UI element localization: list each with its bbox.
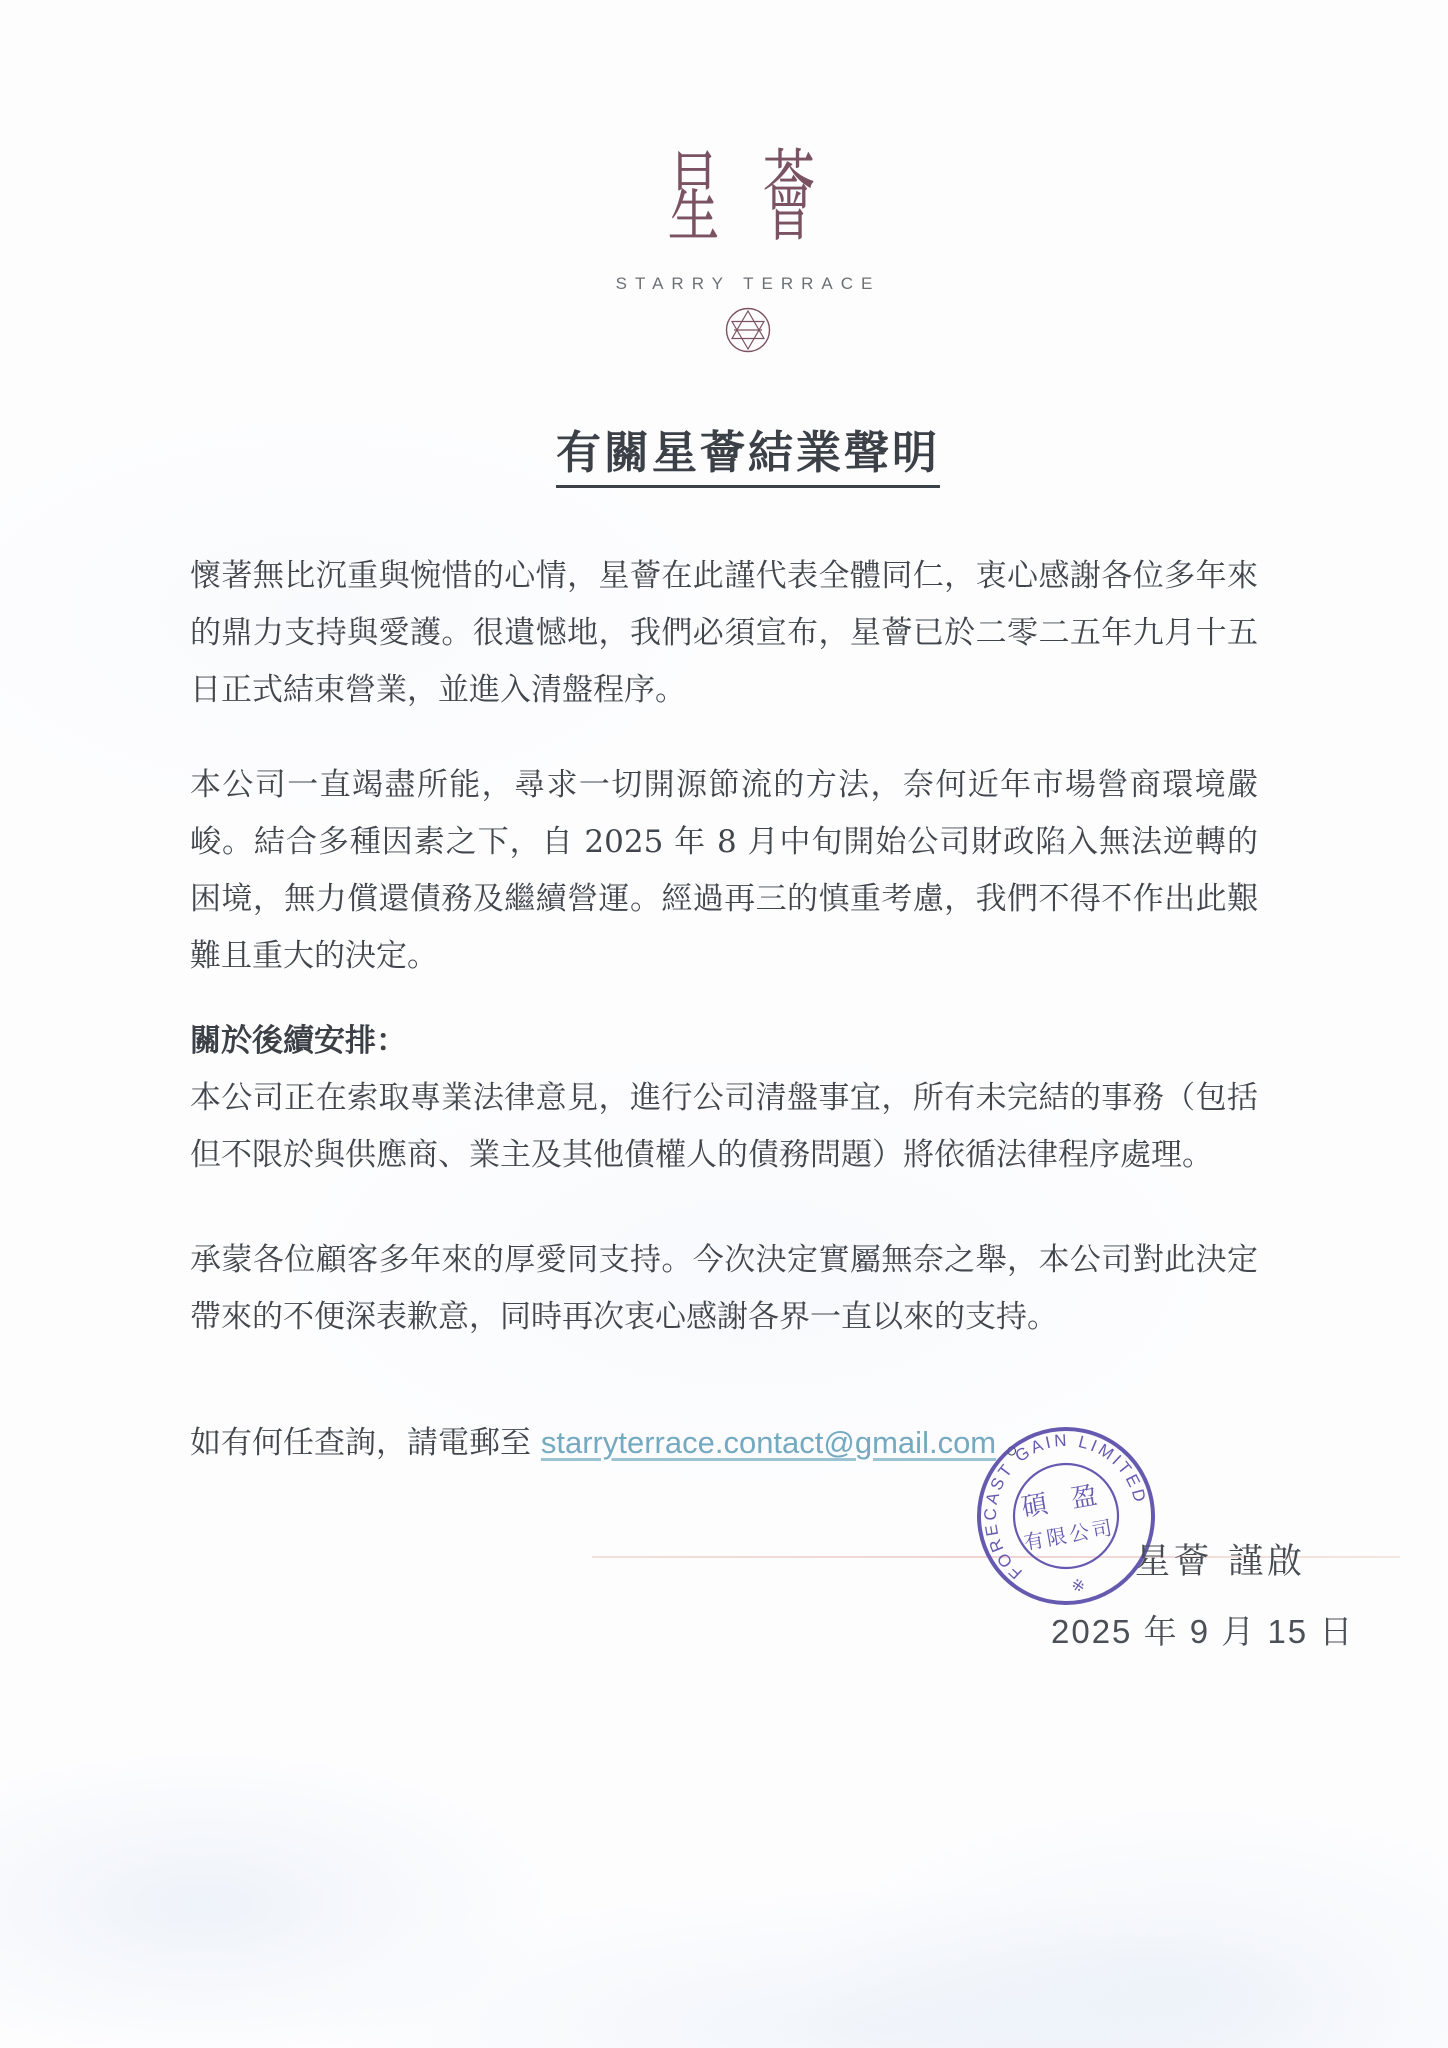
logo-wordmark: STARRY TERRACE [24,274,1448,294]
signoff-text: 星薈 謹啟 [1135,1534,1306,1584]
paragraph-reasons: 本公司一直竭盡所能，尋求一切開源節流的方法，奈何近年市場營商環境嚴峻。結合多種因… [190,757,1258,985]
letter-page: 星 薈 STARRY TERRACE 有關星薈結業聲明 懷著無比沉重與惋惜的心情… [0,0,1448,2048]
title-container: 有關星薈結業聲明 [24,416,1448,488]
letter-date: 2025 年 9 月 15 日 [1051,1606,1354,1653]
page-title: 有關星薈結業聲明 [556,416,940,488]
stamp-ring-symbol: ※ [1070,1575,1087,1596]
hexagram-star-ornament-icon [24,306,1448,358]
company-stamp: FORECAST GAIN LIMITED ※ 碩 盈 有限公司 [950,1400,1182,1632]
paragraph-legal: 本公司正在索取專業法律意見，進行公司清盤事宜，所有未完結的事務（包括但不限於與供… [190,1070,1258,1184]
letter-body: 懷著無比沉重與惋惜的心情，星薈在此謹代表全體同仁，衷心感謝各位多年來的鼎力支持與… [190,548,1258,1472]
section-heading-arrangements: 關於後續安排： [190,1013,1258,1070]
paragraph-thanks: 承蒙各位顧客多年來的厚愛同支持。今次決定實屬無奈之舉，本公司對此決定帶來的不便深… [190,1232,1258,1346]
contact-email-link[interactable]: starryterrace.contact@gmail.com [541,1425,996,1460]
logo-chinese-characters: 星 薈 [667,128,828,268]
stamp-inner-name: 碩 盈 [1019,1479,1107,1523]
paragraph-opening: 懷著無比沉重與惋惜的心情，星薈在此謹代表全體同仁，衷心感謝各位多年來的鼎力支持與… [190,548,1258,719]
contact-prefix-text: 如有何任查詢，請電郵至 [190,1425,541,1461]
letterhead: 星 薈 STARRY TERRACE [24,128,1448,358]
